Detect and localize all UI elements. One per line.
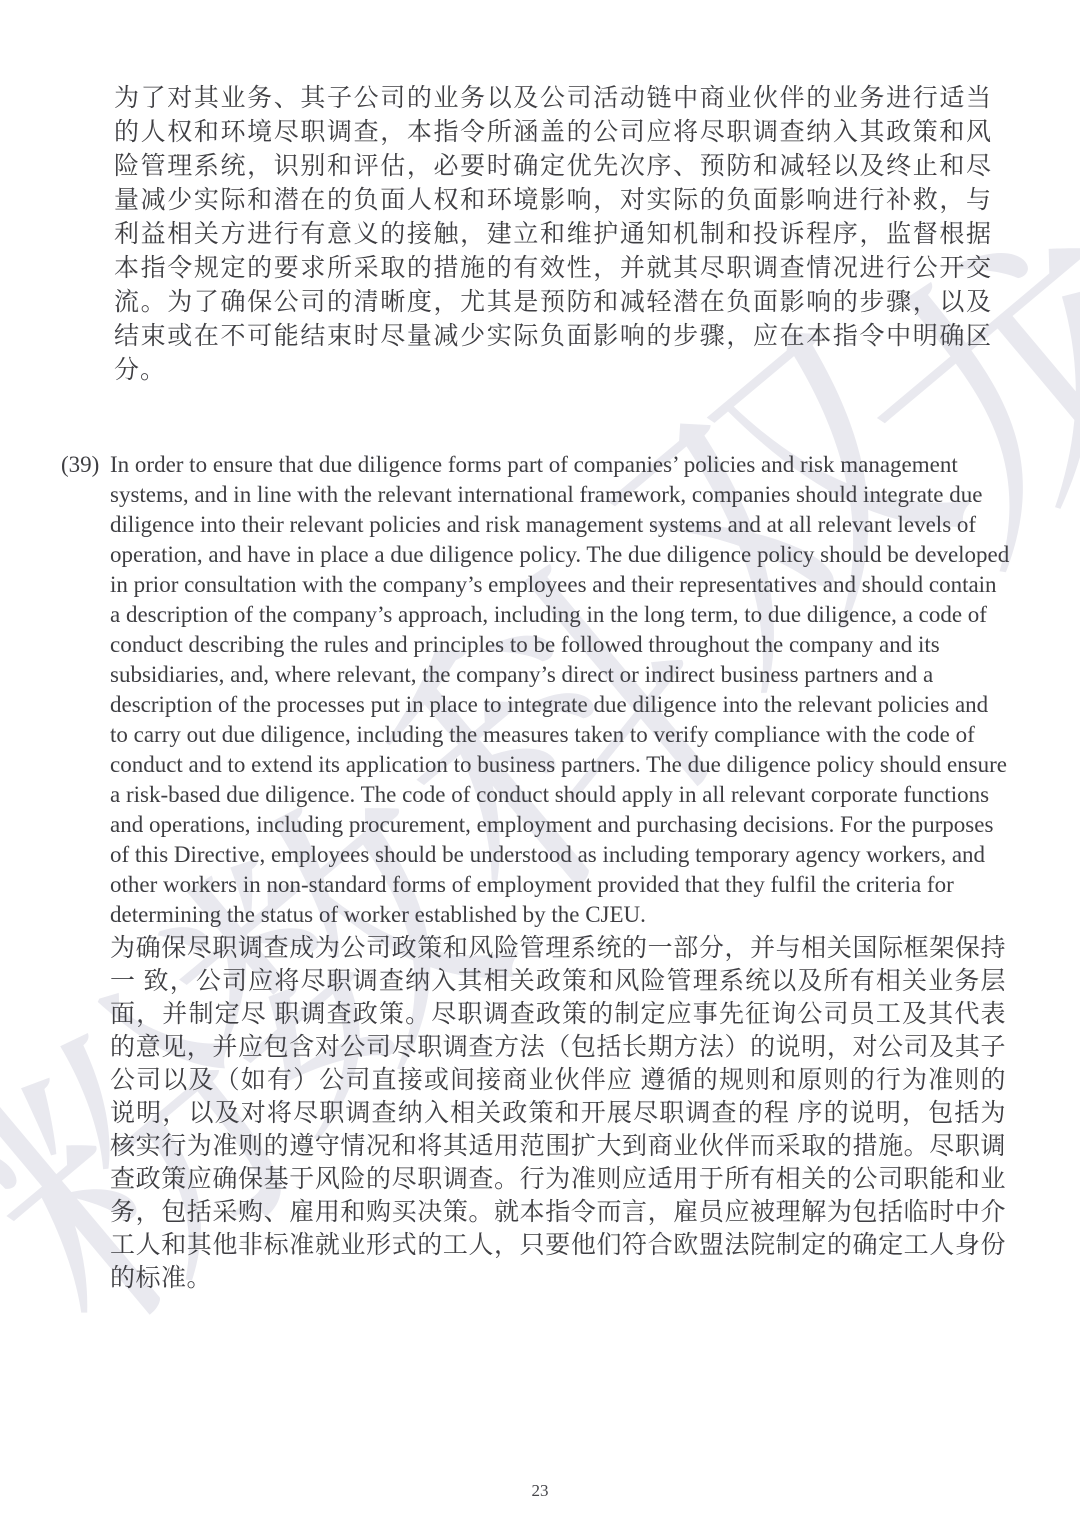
- recital-chinese-translation: 为确保尽职调查成为公司政策和风险管理系统的一部分，并与相关国际框架保持一 致，公…: [110, 932, 1006, 1295]
- chinese-intro-paragraph: 为了对其业务、其子公司的业务以及公司活动链中商业伙伴的业务进行适当的人权和环境尽…: [114, 82, 992, 388]
- page-footer: 23: [0, 1481, 1080, 1501]
- document-body: 为了对其业务、其子公司的业务以及公司活动链中商业伙伴的业务进行适当的人权和环境尽…: [0, 82, 1080, 1295]
- recital-number-label: (39): [61, 450, 99, 480]
- recital-39-block: (39) In order to ensure that due diligen…: [110, 450, 1010, 1295]
- document-page: 粉 数 科 双 龙 为了对其业务、其子公司的业务以及公司活动链中商业伙伴的业务进…: [0, 0, 1080, 1527]
- page-number: 23: [532, 1481, 549, 1500]
- recital-english-text: In order to ensure that due diligence fo…: [110, 450, 1010, 930]
